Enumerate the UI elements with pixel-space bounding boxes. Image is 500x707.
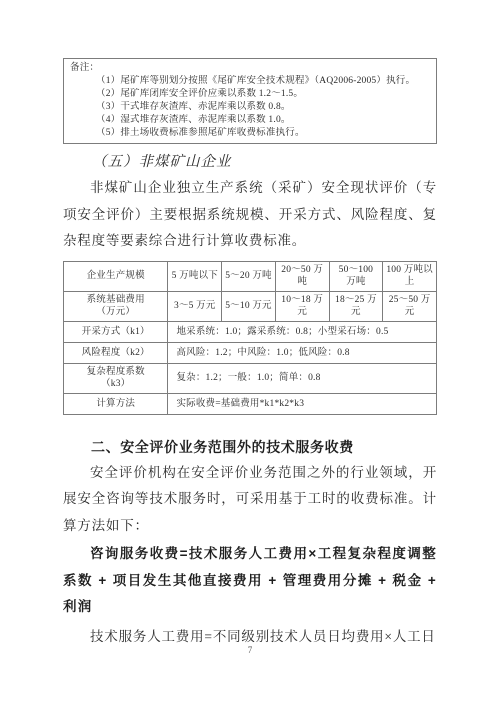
table-cell-span: 高风险：1.2；中风险：1.0；低风险：0.8 [168,342,437,363]
table-cell: 5 万吨以下 [168,261,222,291]
fee-table: 企业生产规模 5 万吨以下 5～20 万吨 20～50 万吨 50～100 万吨… [63,261,437,415]
row-label: 风险程度（k2） [64,342,168,363]
table-cell: 5～10 万元 [222,291,276,321]
note-item-1: （1）尾矿库等别划分按照《尾矿库安全技术规程》（AQ2006-2005）执行。 [70,75,430,88]
row-label: 复杂程度系数 （k3） [64,363,168,393]
section-two-paragraph: 安全评价机构在安全评价业务范围之外的行业领域，开展安全咨询等技术服务时，可采用基… [63,460,437,540]
note-item-2: （2）尾矿库闭库安全评价应乘以系数 1.2～1.5。 [70,88,430,101]
row-label: 计算方法 [64,393,168,414]
table-row-risk-level: 风险程度（k2） 高风险：1.2；中风险：1.0；低风险：0.8 [64,342,437,363]
row-label: 企业生产规模 [64,261,168,291]
section-five-heading: （五）非煤矿山企业 [63,152,437,172]
table-cell: 3～5 万元 [168,291,222,321]
table-cell: 25～50 万元 [383,291,437,321]
table-cell: 18～25 万元 [329,291,383,321]
section-five-paragraph: 非煤矿山企业独立生产系统（采矿）安全现状评价（专项安全评价）主要根据系统规模、开… [63,175,437,255]
table-cell-span: 实际收费=基础费用*k1*k2*k3 [168,393,437,414]
section-two-heading: 二、安全评价业务范围外的技术服务收费 [63,437,437,457]
table-row-base-fee: 系统基础费用 （万元） 3～5 万元 5～10 万元 10～18 万元 18～2… [64,291,437,321]
table-cell: 5～20 万吨 [222,261,276,291]
note-item-4: （4）湿式堆存灰渣库、赤泥库乘以系数 1.0。 [70,114,430,127]
notes-title: 备注： [70,62,430,75]
table-row-mining-method: 开采方式（k1） 地采系统：1.0；露采系统：0.8；小型采石场：0.5 [64,321,437,342]
table-cell: 50～100 万吨 [329,261,383,291]
table-cell: 10～18 万元 [275,291,329,321]
document-content: 备注： （1）尾矿库等别划分按照《尾矿库安全技术规程》（AQ2006-2005）… [63,58,437,650]
table-row-production-scale: 企业生产规模 5 万吨以下 5～20 万吨 20～50 万吨 50～100 万吨… [64,261,437,291]
consulting-fee-formula: 咨询服务收费=技术服务人工费用×工程复杂程度调整系数 + 项目发生其他直接费用 … [63,541,437,621]
table-cell: 100 万吨以上 [383,261,437,291]
table-cell-span: 复杂：1.2；一般：1.0；简单：0.8 [168,363,437,393]
table-cell-span: 地采系统：1.0；露采系统：0.8；小型采石场：0.5 [168,321,437,342]
note-item-5: （5）排土场收费标准参照尾矿库收费标准执行。 [70,127,430,140]
note-item-3: （3）干式堆存灰渣库、赤泥库乘以系数 0.8。 [70,101,430,114]
table-cell: 20～50 万吨 [275,261,329,291]
document-page: 备注： （1）尾矿库等别划分按照《尾矿库安全技术规程》（AQ2006-2005）… [0,0,500,707]
row-label: 系统基础费用 （万元） [64,291,168,321]
notes-box: 备注： （1）尾矿库等别划分按照《尾矿库安全技术规程》（AQ2006-2005）… [63,58,437,144]
table-row-complexity: 复杂程度系数 （k3） 复杂：1.2；一般：1.0；简单：0.8 [64,363,437,393]
table-row-calc-method: 计算方法 实际收费=基础费用*k1*k2*k3 [64,393,437,414]
row-label: 开采方式（k1） [64,321,168,342]
page-number: 7 [0,645,500,655]
